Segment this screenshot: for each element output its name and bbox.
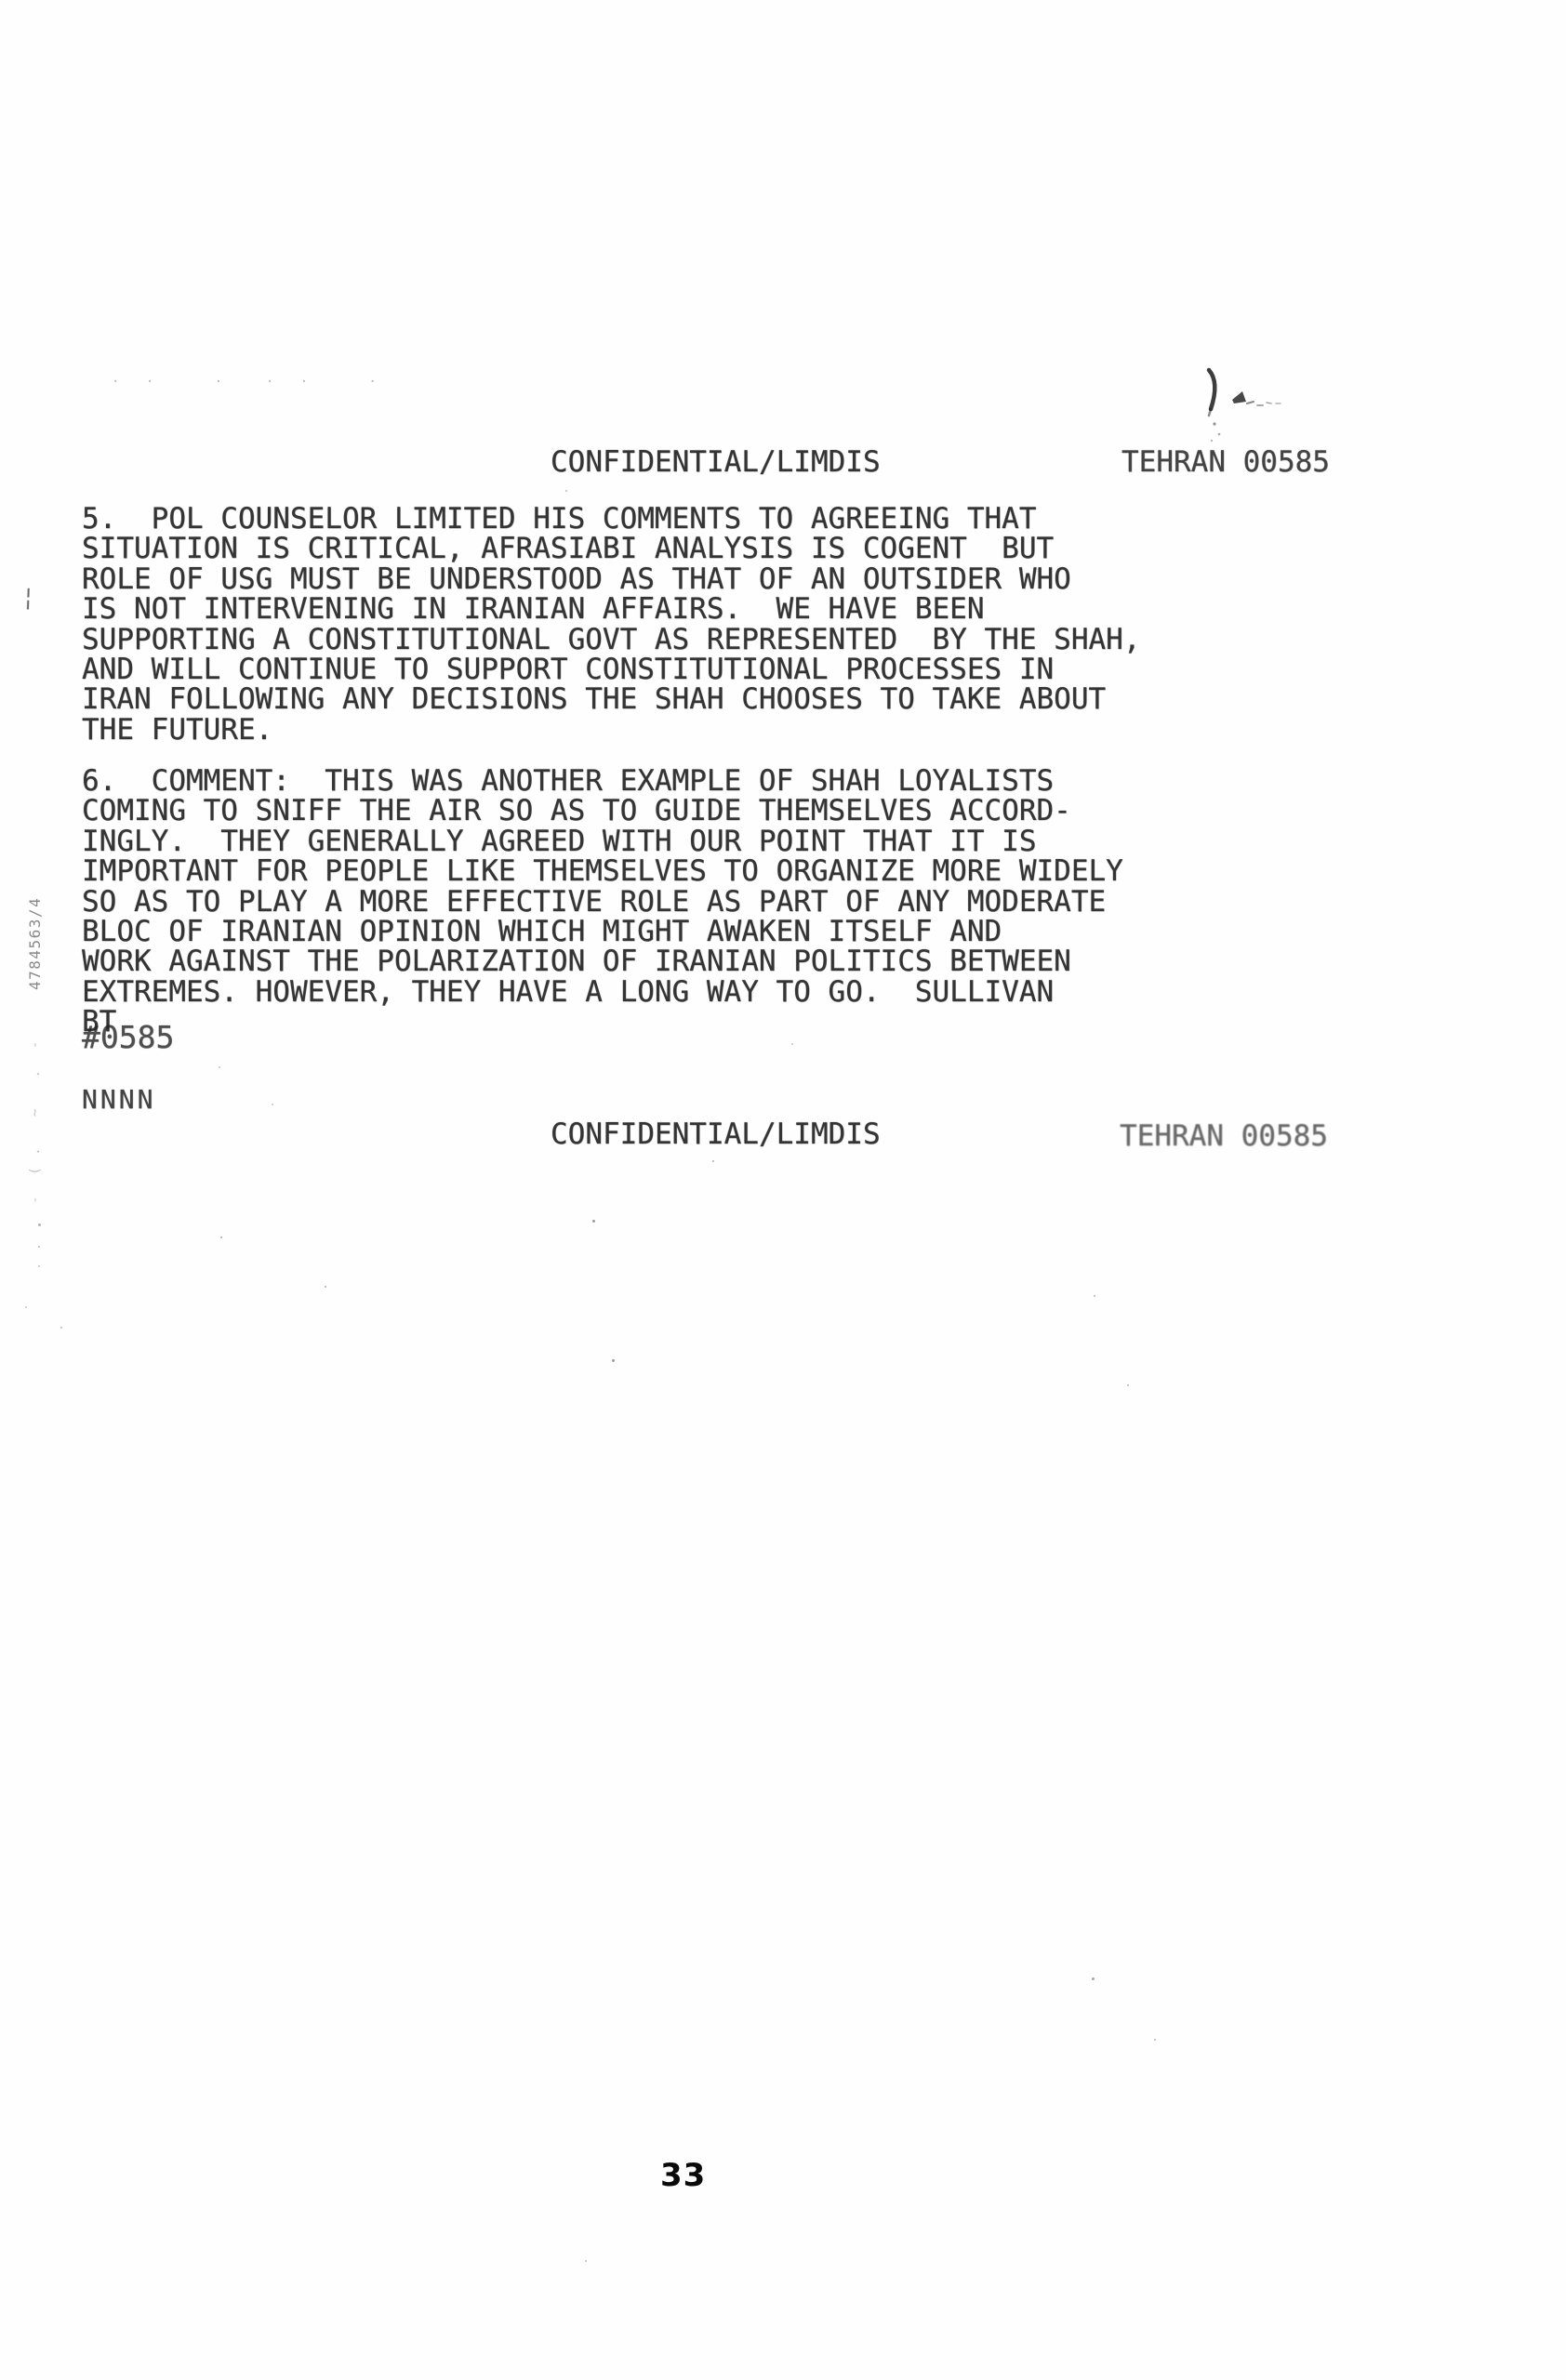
scan-speck <box>25 1306 27 1308</box>
scan-speck <box>1154 2039 1156 2041</box>
scan-speck <box>272 1104 273 1105</box>
scan-speck <box>592 1220 595 1223</box>
scanned-cable-page: · · · · · · CONFIDENTIAL/LIMDIS TEHRAN 0… <box>0 0 1566 2380</box>
page-number: 33 <box>660 2157 706 2194</box>
handwritten-corner-annotation <box>1188 364 1309 452</box>
scan-speck <box>1094 1295 1095 1297</box>
scan-speck <box>220 1236 222 1238</box>
margin-vertical-code: 4784563/4 <box>26 897 44 990</box>
header-classification-marking: CONFIDENTIAL/LIMDIS <box>551 447 881 477</box>
scan-speck <box>325 1286 326 1288</box>
scan-speck <box>585 2260 587 2262</box>
scan-speck <box>38 1246 40 1248</box>
scan-speck <box>712 1160 714 1162</box>
scan-speck <box>791 1043 793 1045</box>
footer-cable-id: TEHRAN 00585 <box>1120 1121 1328 1151</box>
header-cable-id: TEHRAN 00585 <box>1121 447 1330 477</box>
scan-speck <box>612 1359 615 1362</box>
paragraph-6-text: 6. COMMENT: THIS WAS ANOTHER EXAMPLE OF … <box>82 766 1123 1038</box>
paragraph-5-text: 5. POL COUNSELOR LIMITED HIS COMMENTS TO… <box>82 504 1140 745</box>
scan-speck <box>38 1223 41 1226</box>
scan-speck <box>60 1327 62 1329</box>
end-of-message-marker: NNNN <box>82 1085 155 1115</box>
margin-faint-marks: - ( . ~ . - <box>28 1039 43 1204</box>
message-number: #0585 <box>82 1023 174 1052</box>
scan-speck <box>38 1265 40 1267</box>
handwritten-check-mark-icon <box>1188 364 1309 448</box>
footer-classification-marking: CONFIDENTIAL/LIMDIS <box>551 1119 881 1149</box>
margin-tick-mark: ¦ <box>23 584 33 612</box>
scan-speck <box>565 490 567 492</box>
scan-speck <box>1127 1384 1129 1386</box>
scan-speck <box>1092 1977 1095 1980</box>
faint-pencil-dots: · · · · · · <box>112 375 386 390</box>
scan-speck <box>219 1066 220 1068</box>
